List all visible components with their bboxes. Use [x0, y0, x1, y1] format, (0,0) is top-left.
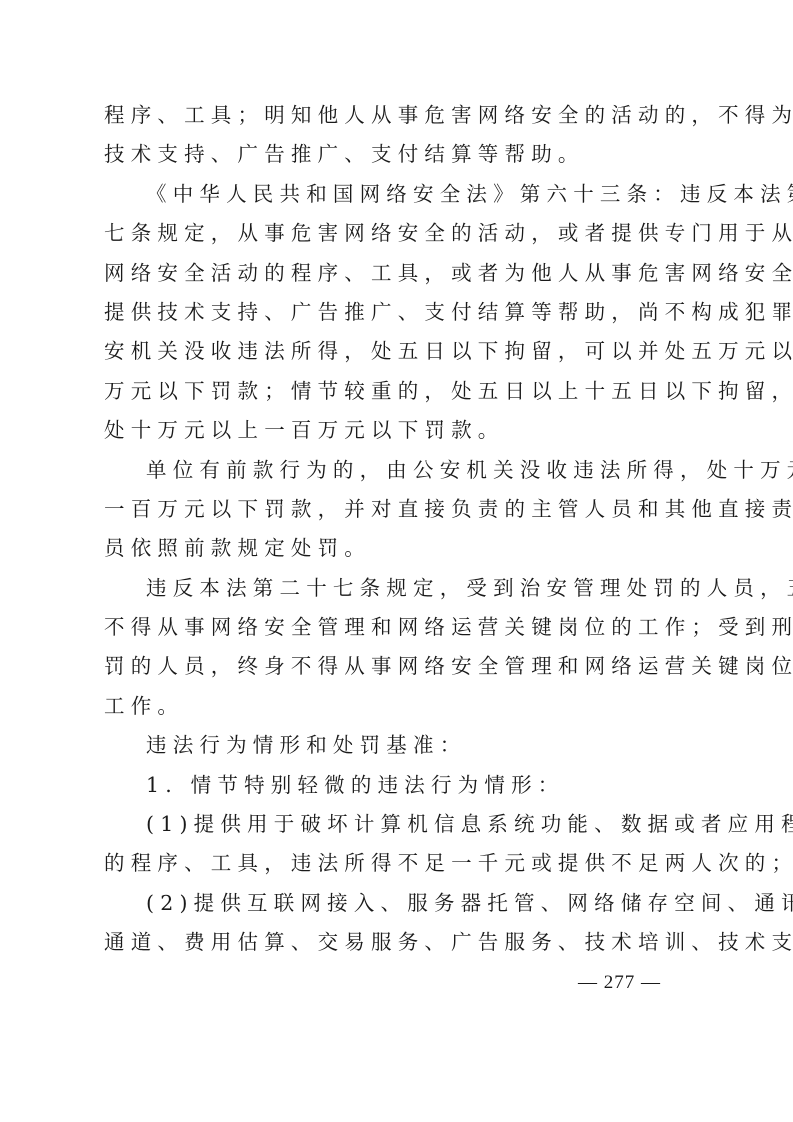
- text-line: 安机关没收违法所得，处五日以下拘留，可以并处五万元以上五十: [104, 332, 690, 371]
- sub-item: (2)提供互联网接入、服务器托管、网络储存空间、通讯传输 通道、费用估算、交易服…: [104, 884, 690, 963]
- text-line: 罚的人员，终身不得从事网络安全管理和网络运营关键岗位的: [104, 647, 690, 686]
- text-line: 单位有前款行为的，由公安机关没收违法所得，处十万元以上: [104, 451, 690, 490]
- text-line: 员依照前款规定处罚。: [104, 529, 690, 568]
- numbered-item: 1. 情节特别轻微的违法行为情形：: [104, 766, 690, 805]
- text-line: 违反本法第二十七条规定，受到治安管理处罚的人员，五年内: [104, 569, 690, 608]
- sub-item: (1)提供用于破坏计算机信息系统功能、数据或者应用程序 的程序、工具，违法所得不…: [104, 805, 690, 884]
- text-line: 网络安全活动的程序、工具，或者为他人从事危害网络安全的活动: [104, 254, 690, 293]
- paragraph: 单位有前款行为的，由公安机关没收违法所得，处十万元以上 一百万元以下罚款，并对直…: [104, 451, 690, 569]
- text-line: 处十万元以上一百万元以下罚款。: [104, 411, 690, 450]
- paragraph: 程序、工具；明知他人从事危害网络安全的活动的，不得为其提供 技术支持、广告推广、…: [104, 96, 690, 175]
- text-line: (1)提供用于破坏计算机信息系统功能、数据或者应用程序: [104, 805, 690, 844]
- text-line: 《中华人民共和国网络安全法》第六十三条：违反本法第二十: [104, 175, 690, 214]
- paragraph: 《中华人民共和国网络安全法》第六十三条：违反本法第二十 七条规定，从事危害网络安…: [104, 175, 690, 451]
- text-line: 技术支持、广告推广、支付结算等帮助。: [104, 135, 690, 174]
- section-heading: 违法行为情形和处罚基准：: [104, 726, 690, 765]
- text-line: 不得从事网络安全管理和网络运营关键岗位的工作；受到刑事处: [104, 608, 690, 647]
- text-line: 的程序、工具，违法所得不足一千元或提供不足两人次的；: [104, 844, 690, 883]
- document-body: 程序、工具；明知他人从事危害网络安全的活动的，不得为其提供 技术支持、广告推广、…: [104, 96, 690, 963]
- text-line: 程序、工具；明知他人从事危害网络安全的活动的，不得为其提供: [104, 96, 690, 135]
- text-line: 万元以下罚款；情节较重的，处五日以上十五日以下拘留，可以并: [104, 372, 690, 411]
- text-line: 违法行为情形和处罚基准：: [104, 726, 690, 765]
- page-number: — 277 —: [578, 972, 661, 994]
- text-line: 提供技术支持、广告推广、支付结算等帮助，尚不构成犯罪的，由公: [104, 293, 690, 332]
- text-line: 七条规定，从事危害网络安全的活动，或者提供专门用于从事危害: [104, 214, 690, 253]
- text-line: 1. 情节特别轻微的违法行为情形：: [104, 766, 690, 805]
- text-line: 工作。: [104, 687, 690, 726]
- paragraph: 违反本法第二十七条规定，受到治安管理处罚的人员，五年内 不得从事网络安全管理和网…: [104, 569, 690, 727]
- text-line: 通道、费用估算、交易服务、广告服务、技术培训、技术支撑等帮助，: [104, 923, 690, 962]
- text-line: 一百万元以下罚款，并对直接负责的主管人员和其他直接责任人: [104, 490, 690, 529]
- text-line: (2)提供互联网接入、服务器托管、网络储存空间、通讯传输: [104, 884, 690, 923]
